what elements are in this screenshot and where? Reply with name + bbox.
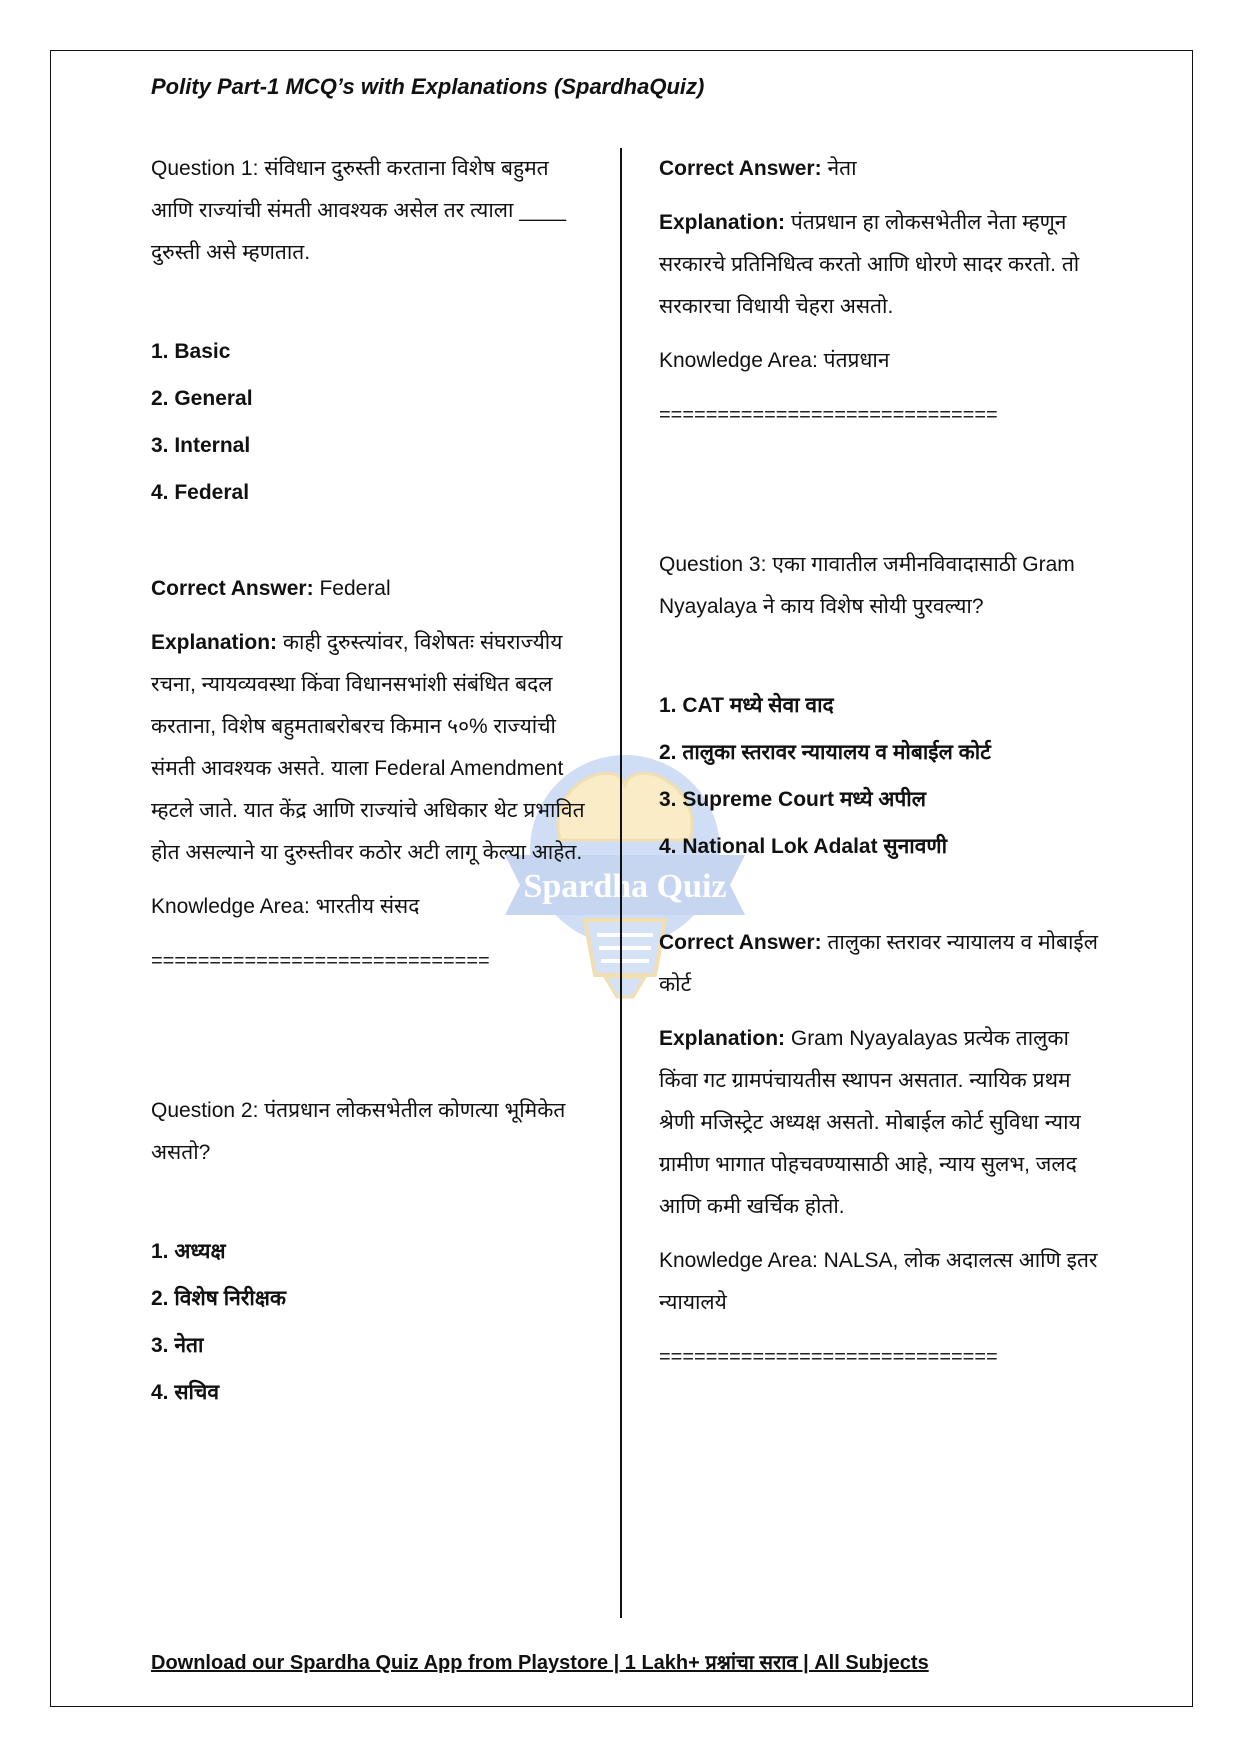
footer-promo-link[interactable]: Download our Spardha Quiz App from Plays… bbox=[151, 1648, 929, 1675]
question-1-option-4: 4. Federal bbox=[151, 469, 591, 516]
question-2-explanation: Explanation: पंतप्रधान हा लोकसभेतील नेता… bbox=[659, 202, 1099, 328]
knowledge-area-label: Knowledge Area: bbox=[151, 895, 310, 918]
correct-answer-value: नेता bbox=[827, 157, 856, 180]
question-2-prefix: Question 2: bbox=[151, 1099, 258, 1122]
question-1-option-3: 3. Internal bbox=[151, 422, 591, 469]
right-column: Correct Answer: नेता Explanation: पंतप्र… bbox=[659, 148, 1099, 1378]
question-2-option-3: 3. नेता bbox=[151, 1322, 591, 1369]
knowledge-area-label: Knowledge Area: bbox=[659, 349, 818, 372]
column-divider bbox=[620, 148, 622, 1618]
question-1-correct-answer: Correct Answer: Federal bbox=[151, 568, 591, 610]
question-2-option-2: 2. विशेष निरीक्षक bbox=[151, 1275, 591, 1322]
question-2-option-1: 1. अध्यक्ष bbox=[151, 1228, 591, 1275]
question-3: Question 3: एका गावातील जमीनविवादासाठी G… bbox=[659, 544, 1099, 628]
question-1-option-2: 2. General bbox=[151, 375, 591, 422]
explanation-label: Explanation: bbox=[659, 211, 785, 234]
question-3-option-2: 2. तालुका स्तरावर न्यायालय व मोबाईल कोर्… bbox=[659, 729, 1099, 776]
question-2-knowledge-area: Knowledge Area: पंतप्रधान bbox=[659, 340, 1099, 382]
separator: ============================= bbox=[659, 1336, 1099, 1378]
question-1-option-1: 1. Basic bbox=[151, 328, 591, 375]
explanation-label: Explanation: bbox=[659, 1027, 785, 1050]
left-column: Question 1: संविधान दुरुस्ती करताना विशे… bbox=[151, 148, 591, 1416]
correct-answer-label: Correct Answer: bbox=[151, 577, 314, 600]
explanation-label: Explanation: bbox=[151, 631, 277, 654]
knowledge-area-value: भारतीय संसद bbox=[316, 895, 420, 918]
spacer bbox=[659, 436, 1099, 544]
correct-answer-label: Correct Answer: bbox=[659, 157, 822, 180]
question-1-prefix: Question 1: bbox=[151, 157, 258, 180]
explanation-text: Gram Nyayalayas प्रत्येक तालुका किंवा गट… bbox=[659, 1027, 1081, 1218]
question-3-option-4: 4. National Lok Adalat सुनावणी bbox=[659, 823, 1099, 870]
explanation-text: काही दुरुस्त्यांवर, विशेषतः संघराज्यीय र… bbox=[151, 631, 585, 864]
question-3-prefix: Question 3: bbox=[659, 553, 766, 576]
question-1-knowledge-area: Knowledge Area: भारतीय संसद bbox=[151, 886, 591, 928]
question-1-explanation: Explanation: काही दुरुस्त्यांवर, विशेषतः… bbox=[151, 622, 591, 874]
document-title: Polity Part-1 MCQ’s with Explanations (S… bbox=[151, 74, 704, 100]
question-1: Question 1: संविधान दुरुस्ती करताना विशे… bbox=[151, 148, 591, 274]
question-3-option-3: 3. Supreme Court मध्ये अपील bbox=[659, 776, 1099, 823]
question-2-option-4: 4. सचिव bbox=[151, 1369, 591, 1416]
spacer bbox=[151, 982, 591, 1090]
question-2: Question 2: पंतप्रधान लोकसभेतील कोणत्या … bbox=[151, 1090, 591, 1174]
question-3-correct-answer: Correct Answer: तालुका स्तरावर न्यायालय … bbox=[659, 922, 1099, 1006]
knowledge-area-value: पंतप्रधान bbox=[824, 349, 890, 372]
knowledge-area-label: Knowledge Area: bbox=[659, 1249, 818, 1272]
question-3-explanation: Explanation: Gram Nyayalayas प्रत्येक ता… bbox=[659, 1018, 1099, 1228]
question-3-knowledge-area: Knowledge Area: NALSA, लोक अदालत्स आणि इ… bbox=[659, 1240, 1099, 1324]
correct-answer-label: Correct Answer: bbox=[659, 931, 822, 954]
correct-answer-value: Federal bbox=[319, 577, 390, 600]
question-2-correct-answer: Correct Answer: नेता bbox=[659, 148, 1099, 190]
separator: ============================= bbox=[659, 394, 1099, 436]
separator: ============================= bbox=[151, 940, 591, 982]
question-3-option-1: 1. CAT मध्ये सेवा वाद bbox=[659, 682, 1099, 729]
